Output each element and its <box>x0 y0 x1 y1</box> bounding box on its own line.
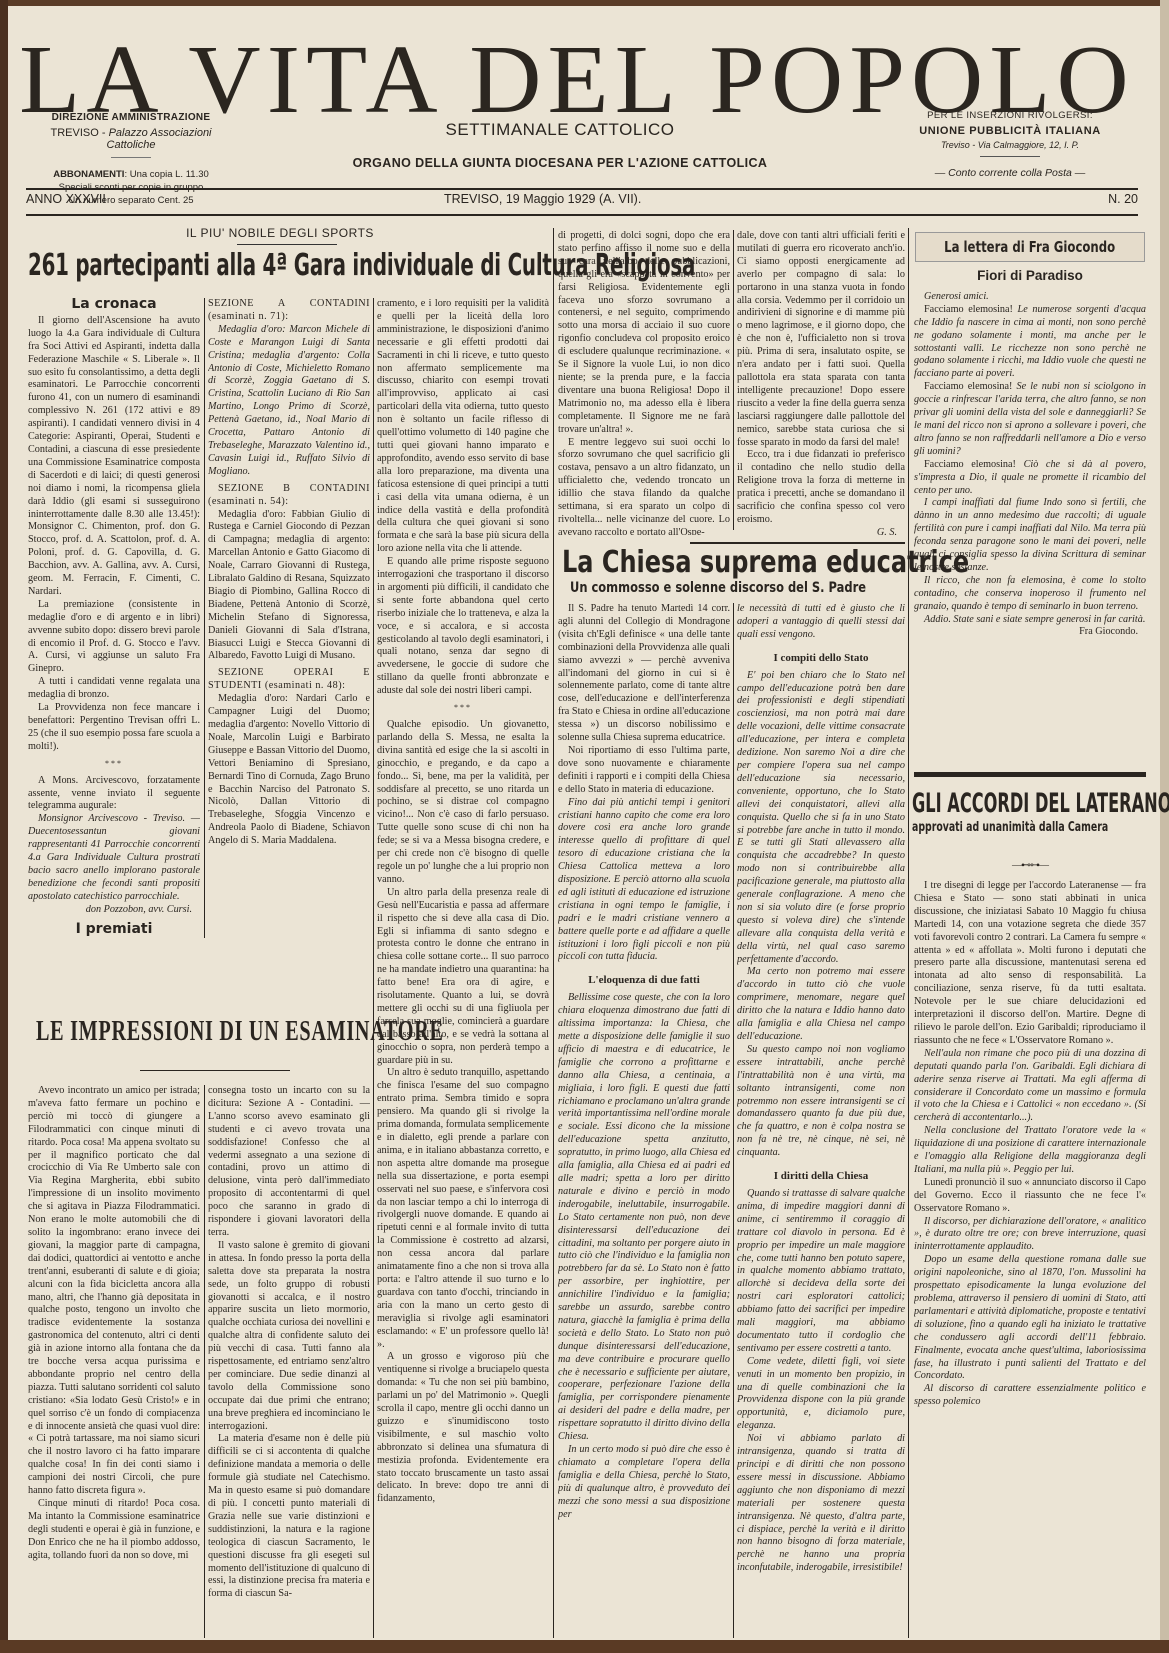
column-rule <box>733 230 734 530</box>
paragraph: Noi riportiamo di esso l'ultima parte, d… <box>558 745 730 797</box>
paragraph: Addio. State sani e siate sempre generos… <box>914 614 1146 627</box>
article-kicker: IL PIU' NOBILE DEGLI SPORTS <box>170 226 390 240</box>
ads-address: Treviso - Via Calmaggiore, 12, I. P. <box>880 140 1140 150</box>
paragraph: cramento, e i loro requisiti per la vali… <box>377 298 549 556</box>
paragraph: Medaglia d'oro: Fabbian Giulio di Rusteg… <box>208 509 370 664</box>
issue-number: N. 20 <box>1108 192 1138 206</box>
signature: Fra Giocondo. <box>914 626 1146 639</box>
article-column-5: dale, dove con tanti altri ufficiali fer… <box>737 230 905 535</box>
divider <box>980 156 1040 157</box>
paragraph: E' poi ben chiaro che lo Stato nel campo… <box>737 670 905 967</box>
impressioni-column-1: Avevo incontrato un amico per istrada; m… <box>28 1085 200 1638</box>
paragraph: La premiazione (consistente in medaglie … <box>28 599 200 676</box>
paragraph: consegna tosto un incarto con su la dici… <box>208 1085 370 1240</box>
signature: G. S. <box>737 527 905 535</box>
article-column-3: cramento, e i loro requisiti per la vali… <box>377 298 549 1638</box>
ads-label: PER LE INSERZIONI RIVOLGERSI: <box>880 110 1140 121</box>
paragraph: Il giorno dell'Ascensione ha avuto luogo… <box>28 315 200 599</box>
paragraph-text: Se le nubi non si sciolgono in goccie a … <box>914 381 1146 457</box>
lettera-title: Fiori di Paradiso <box>914 270 1146 283</box>
address-place: Palazzo Associazioni Cattoliche <box>107 127 212 151</box>
paragraph-text: Le numerose sorgenti d'acqua che Iddio f… <box>914 304 1146 380</box>
chiesa-subheading-eloquenza: L'eloquenza di due fatti <box>558 974 730 987</box>
emphasis: Facciamo elemosina! <box>924 381 1012 392</box>
paragraph: I campi inaffiati dal fiume Indo sono sì… <box>914 497 1146 574</box>
chiesa-subheading-diritti: I diritti della Chiesa <box>737 1170 905 1183</box>
section-label: SEZIONE A CONTADINI (esaminati n. 71): <box>208 298 370 324</box>
paragraph: Il ricco, che non fa elemosina, è come l… <box>914 575 1146 614</box>
paragraph: E quando alle prime risposte seguono int… <box>377 556 549 698</box>
scan-border-right <box>1160 0 1169 1653</box>
paragraph: Avevo incontrato un amico per istrada; m… <box>28 1085 200 1498</box>
paragraph: le necessità di tutti ed è giusto che li… <box>737 603 905 642</box>
chiesa-subheadline: Un commosso e solenne discorso del S. Pa… <box>570 580 841 596</box>
accordi-subheadline: approvati ad unanimità dalla Camera <box>912 820 1085 835</box>
column-rule <box>373 298 374 1638</box>
lettera-title-box: La lettera di Fra Giocondo <box>915 232 1145 262</box>
direction-label: DIREZIONE AMMINISTRAZIONE <box>26 112 236 123</box>
article-column-1: La cronaca Il giorno dell'Ascensione ha … <box>28 298 200 936</box>
divider <box>111 157 151 158</box>
section-separator: *** <box>28 758 200 771</box>
paragraph: A un grosso e vigoroso più che ventiquen… <box>377 1351 549 1506</box>
paragraph: A tutti i candidati venne regalata una m… <box>28 676 200 702</box>
lettera-column: Fiori di Paradiso Generosi amici. Faccia… <box>914 270 1146 755</box>
address-line: TREVISO - Palazzo Associazioni Cattolich… <box>26 127 236 151</box>
paragraph: E mentre leggevo sui suoi occhi lo sforz… <box>558 437 730 536</box>
signature: don Pozzobon, avv. Cursi. <box>28 904 200 917</box>
paragraph: A Mons. Arcivescovo, forzatamente assent… <box>28 775 200 814</box>
greeting: Generosi amici. <box>914 291 1146 304</box>
accordi-column: I tre disegni di legge per l'accordo Lat… <box>914 880 1146 1638</box>
section-separator: *** <box>377 702 549 715</box>
divider <box>237 244 337 245</box>
column-rule <box>553 228 554 1638</box>
column-rule <box>908 228 909 1638</box>
paragraph: Cinque minuti di ritardo! Poca cosa. Ma … <box>28 1498 200 1563</box>
paragraph: In un certo modo si può dire che esso è … <box>558 1444 730 1521</box>
subscription-value: Una copia L. 11.30 <box>130 169 209 180</box>
column-rule <box>733 603 734 1638</box>
chiesa-column-2: le necessità di tutti ed è giusto che li… <box>737 603 905 1638</box>
section-label: SEZIONE OPERAI E STUDENTI (esaminati n. … <box>208 667 370 693</box>
paragraph: Su questo campo noi non vogliamo essere … <box>737 1044 905 1160</box>
impressioni-column-2: consegna tosto un incarto con su la dici… <box>208 1085 370 1638</box>
paragraph: I tre disegni di legge per l'accordo Lat… <box>914 880 1146 1048</box>
chiesa-subheading-compiti: I compiti dello Stato <box>737 652 905 665</box>
impressioni-headline: LE IMPRESSIONI DI UN ESAMINATORE <box>36 1016 396 1048</box>
section-heading-cronaca: La cronaca <box>28 298 200 311</box>
masthead-center-info: SETTIMANALE CATTOLICO ORGANO DELLA GIUNT… <box>300 120 820 170</box>
address-city: TREVISO <box>51 127 99 139</box>
section-label: SEZIONE B CONTADINI (esaminati n. 54): <box>208 483 370 509</box>
divider <box>690 542 905 544</box>
section-heading-premiati: I premiati <box>28 923 200 936</box>
telegram-text: Monsignor Arcivescovo - Treviso. — Duece… <box>28 813 200 903</box>
issue-date: TREVISO, 19 Maggio 1929 (A. VII). <box>444 192 641 206</box>
paragraph: Al discorso di carattere essenzialmente … <box>914 1383 1146 1409</box>
paragraph: Bellissime cose queste, che con la loro … <box>558 992 730 1444</box>
paragraph: Un altro è seduto tranquillo, aspettando… <box>377 1067 549 1351</box>
divider <box>140 1070 290 1071</box>
scan-border-left <box>0 0 8 1653</box>
paragraph: Come vedete, diletti figli, voi siete ve… <box>737 1356 905 1433</box>
paragraph: Lunedì pronunciò il suo « annunciato dis… <box>914 1177 1146 1216</box>
main-headline: 261 partecipanti alla 4ª Gara individual… <box>28 248 378 284</box>
paragraph: Ma certo non potremo mai essere d'accord… <box>737 966 905 1043</box>
rule-top <box>26 188 1138 190</box>
organ-line: ORGANO DELLA GIUNTA DIOCESANA PER L'AZIO… <box>300 156 820 170</box>
paragraph: Il vasto salone è gremito di giovani in … <box>208 1240 370 1434</box>
paragraph: Fino dai più antichi tempi i genitori cr… <box>558 797 730 965</box>
subtitle: SETTIMANALE CATTOLICO <box>300 120 820 140</box>
paragraph: di progetti, di dolci sogni, dopo che er… <box>558 230 730 437</box>
paragraph: Facciamo elemosina! Se le nubi non si sc… <box>914 381 1146 458</box>
lettera-box-title: La lettera di Fra Giocondo <box>944 233 1115 261</box>
accordi-headline: GLI ACCORDI DEL LATERANO <box>912 788 1050 819</box>
paragraph: Facciamo elemosina! Ciò che si dà al pov… <box>914 459 1146 498</box>
subscription-label: ABBONAMENTI <box>53 169 124 180</box>
paragraph: dale, dove con tanti altri ufficiali fer… <box>737 230 905 449</box>
paragraph: La Provvidenza non fece mancare i benefa… <box>28 702 200 754</box>
emphasis: Facciamo elemosina! <box>924 459 1016 470</box>
masthead-right-info: PER LE INSERZIONI RIVOLGERSI: UNIONE PUB… <box>880 110 1140 179</box>
rule-bottom <box>26 214 1138 216</box>
paragraph: Il S. Padre ha tenuto Martedì 14 corr. a… <box>558 603 730 745</box>
paragraph: Dopo un esame della questione romana dal… <box>914 1254 1146 1383</box>
paragraph: Il discorso, per dichiarazione dell'orat… <box>914 1216 1146 1255</box>
paragraph: La materia d'esame non è delle più diffi… <box>208 1433 370 1601</box>
paragraph: Quando si trattasse di salvare qualche a… <box>737 1188 905 1356</box>
column-rule <box>204 1085 205 1638</box>
chiesa-column-1: Il S. Padre ha tenuto Martedì 14 corr. a… <box>558 603 730 1638</box>
paragraph: Noi vi abbiamo parlato di intransigenza,… <box>737 1433 905 1575</box>
paragraph: Facciamo elemosina! Le numerose sorgenti… <box>914 304 1146 381</box>
year-label: ANNO XXXVII <box>26 192 106 206</box>
paragraph: Medaglia d'oro: Nardari Carlo e Campagne… <box>208 693 370 848</box>
chiesa-headline: La Chiesa suprema educatrice <box>562 545 834 580</box>
ads-agency: UNIONE PUBBLICITÀ ITALIANA <box>880 125 1140 137</box>
article-column-2: SEZIONE A CONTADINI (esaminati n. 71): M… <box>208 298 370 938</box>
ornament-divider: —⊷⊶— <box>990 860 1070 871</box>
postal-account-note: — Conto corrente colla Posta — <box>880 167 1140 179</box>
paragraph: Medaglia d'oro: Marcon Michele di Coste … <box>208 324 370 479</box>
paragraph: Nella conclusione del Trattato l'oratore… <box>914 1125 1146 1177</box>
scan-border-bottom <box>0 1640 1169 1653</box>
emphasis: Facciamo elemosina! <box>924 304 1013 315</box>
dateline: ANNO XXXVII TREVISO, 19 Maggio 1929 (A. … <box>26 192 1138 210</box>
divider <box>914 772 1146 777</box>
paragraph: Ecco, tra i due fidanzati io preferisco … <box>737 449 905 526</box>
paragraph: Qualche episodio. Un giovanetto, parland… <box>377 719 549 887</box>
article-column-4: di progetti, di dolci sogni, dopo che er… <box>558 230 730 535</box>
column-rule <box>204 298 205 938</box>
paragraph: Nell'aula non rimane che poco più di una… <box>914 1048 1146 1125</box>
